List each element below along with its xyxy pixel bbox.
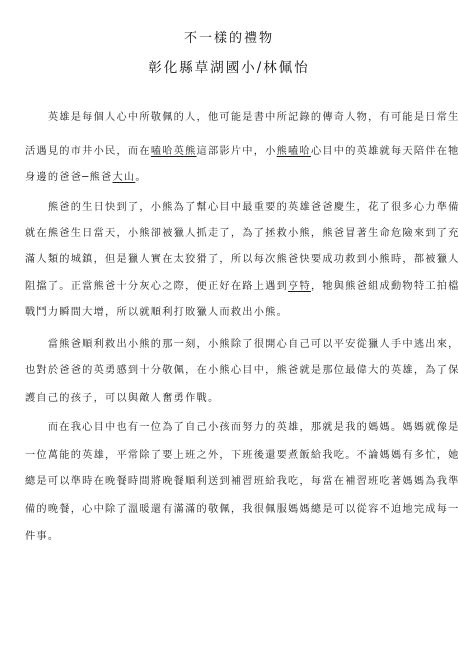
text-line: 阻擋了。正當熊爸十分灰心之際，便正好在路上遇到亨特，牠與熊爸組成動物特工拍檔，: [25, 277, 458, 292]
text-run: 熊爸的生日快到了，小熊為了幫心目中最重要的英雄爸爸慶生，花了很多心力準備，: [25, 202, 458, 213]
text-line: 也對於爸爸的英勇感到十分敬佩，在小熊心目中，熊爸就是那位最偉大的英雄，為了保: [25, 361, 458, 376]
document-page: 不一樣的禮物 彰化縣草湖國小/林佩怡 英雄是每個人心中所敬佩的人，他可能是書中所…: [0, 0, 458, 648]
text-run: 一位萬能的英雄，平常除了要上班之外，下班後還要煮飯給我吃。不論媽媽有多忙，她: [25, 450, 458, 461]
underlined-proper-noun: 大山: [112, 172, 135, 183]
text-run: 備的晚餐，心中除了溫暖還有滿滿的敬佩，我很佩服媽媽總是可以從容不迫地完成每一: [25, 504, 458, 515]
text-run: 。: [135, 172, 146, 183]
text-line: 英雄是每個人心中所敬佩的人，他可能是書中所記錄的傳奇人物，有可能是日常生: [25, 108, 458, 123]
text-line: 戰鬥力瞬間大增，所以就順利打敗獵人而救出小熊。: [25, 303, 288, 318]
text-line: 備的晚餐，心中除了溫暖還有滿滿的敬佩，我很佩服媽媽總是可以從容不迫地完成每一: [25, 500, 458, 515]
text-run: 當熊爸順利救出小熊的那一刻，小熊除了很開心自己可以平安從獵人手中逃出來，: [25, 339, 458, 350]
text-run: 心目中的英雄就每天陪伴在牠: [311, 146, 458, 157]
text-line: 當熊爸順利救出小熊的那一刻，小熊除了很開心自己可以平安從獵人手中逃出來，: [25, 335, 458, 350]
text-run: 活遇見的市井小民，而在: [25, 146, 151, 157]
text-line: 而在我心目中也有一位為了自己小孩而努力的英雄，那就是我的媽媽。媽媽就像是: [25, 418, 458, 433]
text-line: 總是可以準時在晚餐時間將晚餐順利送到補習班給我吃，每當在補習班吃著媽媽為我準: [25, 472, 458, 487]
document-title: 不一樣的禮物: [0, 27, 458, 46]
text-run: 件事。: [25, 531, 59, 542]
text-line: 活遇見的市井小民，而在嗑哈英熊這部影片中，小熊嗑哈心目中的英雄就每天陪伴在牠: [25, 142, 458, 157]
underlined-proper-noun: 嗑哈英熊: [151, 146, 197, 157]
text-line: 滿人類的城鎮，但是獵人實在太狡猾了，所以每次熊爸快要成功救到小熊時，都被獵人: [25, 250, 458, 265]
text-line: 件事。: [25, 527, 59, 542]
text-run: 而在我心目中也有一位為了自己小孩而努力的英雄，那就是我的媽媽。媽媽就像是: [25, 422, 458, 433]
author-line: 彰化縣草湖國小/林佩怡: [0, 56, 458, 76]
text-run: 滿人類的城鎮，但是獵人實在太狡猾了，所以每次熊爸快要成功救到小熊時，都被獵人: [25, 254, 458, 265]
text-run: 阻擋了。正當熊爸十分灰心之際，便正好在路上遇到: [25, 281, 288, 292]
text-run: 也對於爸爸的英勇感到十分敬佩，在小熊心目中，熊爸就是那位最偉大的英雄，為了保: [25, 365, 458, 376]
text-run: 護自己的孩子，可以與敵人奮勇作戰。: [25, 393, 219, 404]
text-line: 護自己的孩子，可以與敵人奮勇作戰。: [25, 389, 219, 404]
text-line: 熊爸的生日快到了，小熊為了幫心目中最重要的英雄爸爸慶生，花了很多心力準備，: [25, 198, 458, 213]
text-run: 戰鬥力瞬間大增，所以就順利打敗獵人而救出小熊。: [25, 307, 288, 318]
text-line: 一位萬能的英雄，平常除了要上班之外，下班後還要煮飯給我吃。不論媽媽有多忙，她: [25, 446, 458, 461]
underlined-proper-noun: 熊嗑哈: [277, 146, 311, 157]
text-run: 身邊的爸爸─熊爸: [25, 172, 112, 183]
underlined-proper-noun: 亨特: [288, 281, 311, 292]
text-line: 就在熊爸生日當天，小熊卻被獵人抓走了，為了拯救小熊，熊爸冒著生命危險來到了充: [25, 224, 458, 239]
text-run: 英雄是每個人心中所敬佩的人，他可能是書中所記錄的傳奇人物，有可能是日常生: [25, 112, 458, 123]
text-run: 這部影片中，小: [197, 146, 277, 157]
text-line: 身邊的爸爸─熊爸大山。: [25, 168, 147, 183]
text-run: 總是可以準時在晚餐時間將晚餐順利送到補習班給我吃，每當在補習班吃著媽媽為我準: [25, 476, 458, 487]
text-run: 就在熊爸生日當天，小熊卻被獵人抓走了，為了拯救小熊，熊爸冒著生命危險來到了充: [25, 228, 458, 239]
text-run: ，牠與熊爸組成動物特工拍檔，: [311, 281, 458, 292]
